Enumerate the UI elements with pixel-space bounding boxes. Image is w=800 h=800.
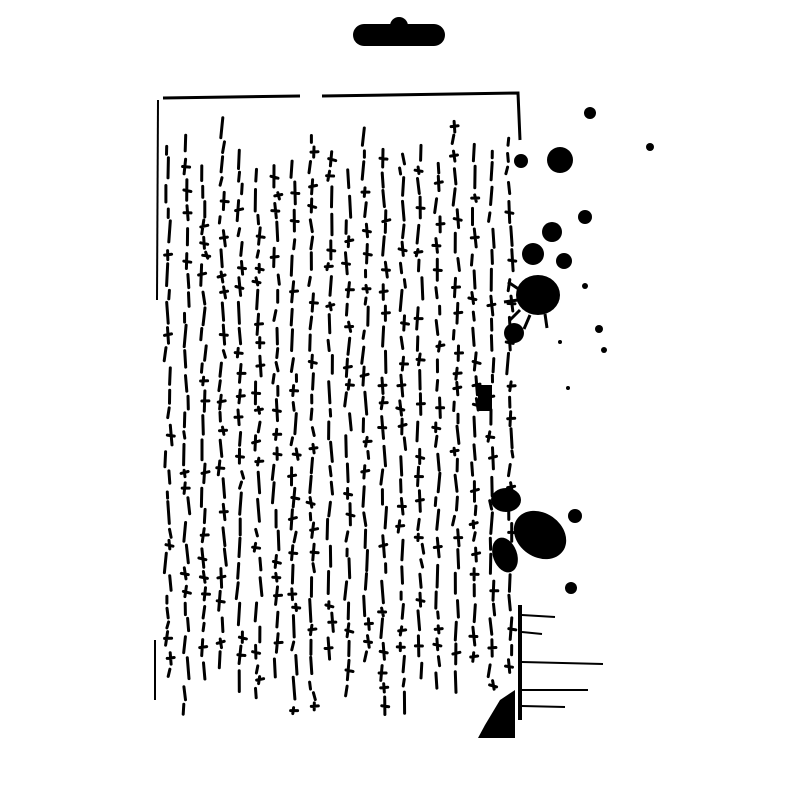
script-column: [289, 161, 301, 714]
script-column: [199, 166, 210, 679]
script-column: [164, 146, 174, 676]
script-column: [307, 136, 318, 710]
script-column: [217, 118, 228, 668]
manuscript-border: [155, 93, 520, 700]
script-column: [433, 163, 444, 688]
script-column: [415, 145, 425, 678]
script-column: [325, 152, 336, 659]
script-column: [379, 149, 390, 714]
script-column: [361, 128, 372, 661]
stencil-image: Craft stencil: handwritten manuscript sc…: [0, 0, 800, 800]
script-column: [235, 150, 246, 691]
script-column: [343, 170, 355, 696]
script-column: [271, 166, 282, 677]
handwritten-script-columns: [164, 118, 516, 715]
script-column: [397, 154, 409, 713]
manuscript-artwork: [0, 0, 800, 800]
script-column: [506, 138, 516, 672]
script-column: [181, 135, 191, 714]
ink-splatters: [478, 107, 654, 738]
script-column: [253, 169, 265, 697]
script-column: [451, 121, 463, 692]
script-column: [487, 151, 498, 689]
